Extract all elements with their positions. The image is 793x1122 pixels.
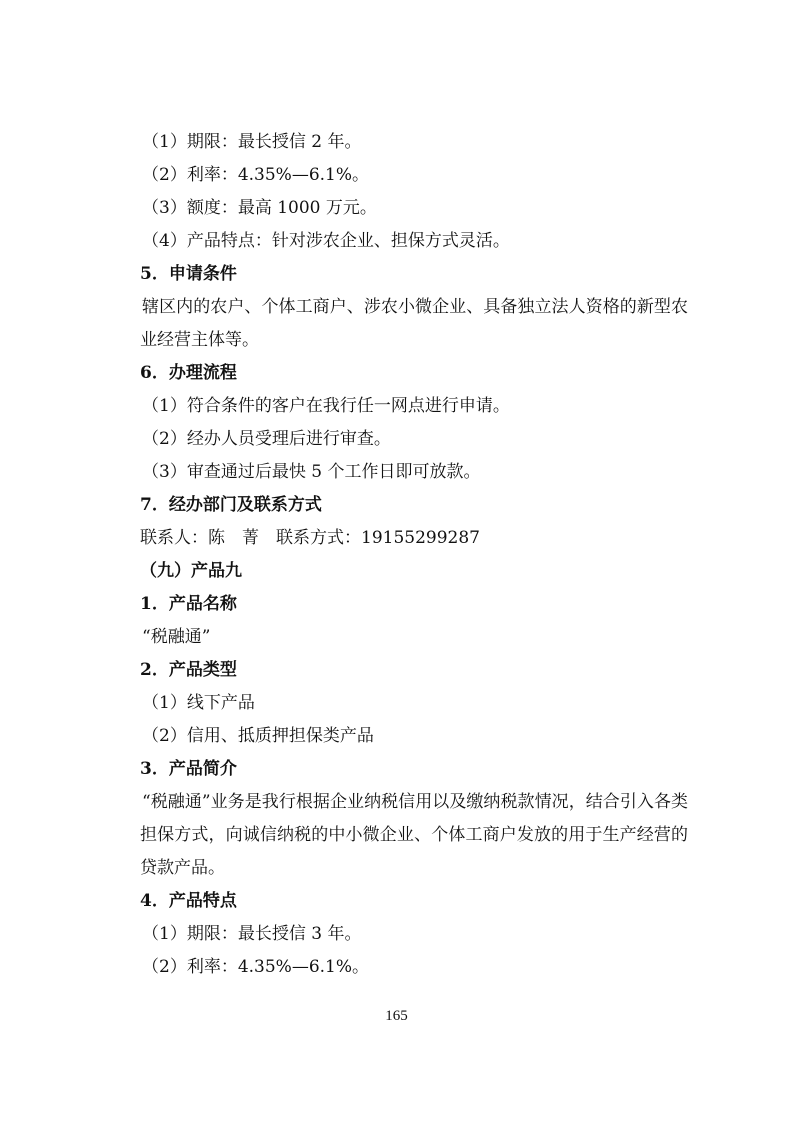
feature-rate: （2）利率：4.35%—6.1%。	[140, 159, 688, 192]
process-step: （2）经办人员受理后进行审查。	[140, 423, 688, 456]
product-title: （九）产品九	[140, 555, 688, 588]
name-heading: 1．产品名称	[140, 588, 688, 621]
intro-text: “税融通”业务是我行根据企业纳税信用以及缴纳税款情况，结合引入各类担保方式，向诚…	[140, 786, 688, 885]
feature-term: （1）期限：最长授信 3 年。	[140, 918, 688, 951]
features-heading: 4．产品特点	[140, 885, 688, 918]
feature-amount: （3）额度：最高 1000 万元。	[140, 192, 688, 225]
product-name: “税融通”	[140, 621, 688, 654]
document-page: （1）期限：最长授信 2 年。 （2）利率：4.35%—6.1%。 （3）额度：…	[140, 126, 688, 984]
intro-heading: 3．产品简介	[140, 753, 688, 786]
process-step: （1）符合条件的客户在我行任一网点进行申请。	[140, 390, 688, 423]
process-heading: 6．办理流程	[140, 357, 688, 390]
feature-highlight: （4）产品特点：针对涉农企业、担保方式灵活。	[140, 225, 688, 258]
feature-rate: （2）利率：4.35%—6.1%。	[140, 951, 688, 984]
contact-text: 联系人：陈 菁 联系方式：19155299287	[140, 522, 688, 555]
process-step: （3）审查通过后最快 5 个工作日即可放款。	[140, 456, 688, 489]
product-type: （1）线下产品	[140, 687, 688, 720]
page-number: 165	[0, 1008, 793, 1025]
apply-text: 辖区内的农户、个体工商户、涉农小微企业、具备独立法人资格的新型农业经营主体等。	[140, 291, 688, 357]
apply-heading: 5．申请条件	[140, 258, 688, 291]
type-heading: 2．产品类型	[140, 654, 688, 687]
contact-heading: 7．经办部门及联系方式	[140, 489, 688, 522]
feature-term: （1）期限：最长授信 2 年。	[140, 126, 688, 159]
product-type: （2）信用、抵质押担保类产品	[140, 720, 688, 753]
